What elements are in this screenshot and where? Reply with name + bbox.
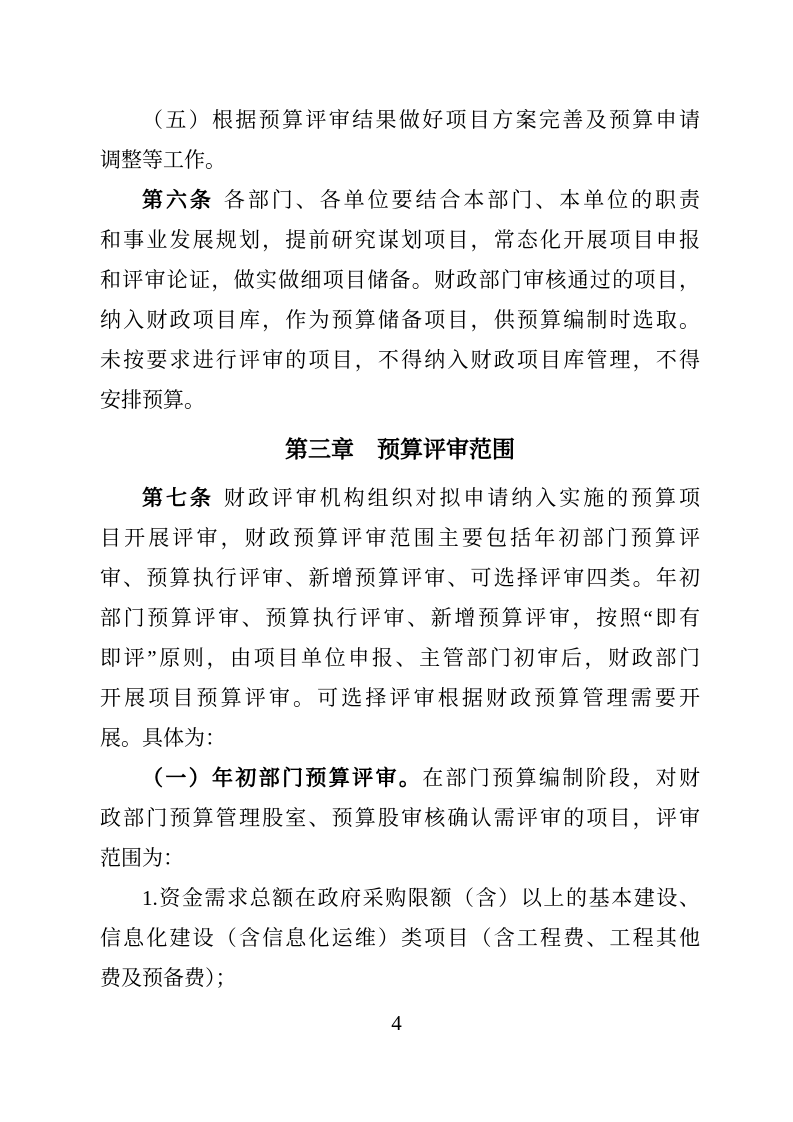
text-line: 未按要求进行评审的项目，不得纳入财政项目库管理，不得 — [100, 340, 700, 380]
page-number: 4 — [0, 1008, 793, 1038]
paragraph-text: 未按要求进行评审的项目，不得纳入财政项目库管理，不得 — [100, 348, 700, 372]
paragraph-text: 和事业发展规划，提前研究谋划项目，常态化开展项目申报 — [100, 228, 700, 252]
page-number-text: 4 — [391, 1011, 402, 1035]
text-line: （五）根据预算评审结果做好项目方案完善及预算申请 — [100, 100, 700, 140]
paragraph-text: 即评”原则，由项目单位申报、主管部门初审后，财政部门 — [100, 646, 700, 670]
text-line: 安排预算。 — [100, 380, 700, 420]
article-label: 第六条 — [142, 189, 214, 212]
text-line: 第六条各部门、各单位要结合本部门、本单位的职责 — [100, 180, 700, 220]
paragraph-text: 目开展评审，财政预算评审范围主要包括年初部门预算评 — [100, 526, 700, 550]
paragraph-text: 安排预算。 — [100, 388, 205, 412]
document-page: （五）根据预算评审结果做好项目方案完善及预算申请 调整等工作。 第六条各部门、各… — [0, 0, 793, 1122]
text-line: 即评”原则，由项目单位申报、主管部门初审后，财政部门 — [100, 638, 700, 678]
paragraph-text: 展。具体为： — [100, 726, 226, 750]
paragraph-text: 审、预算执行评审、新增预算评审、可选择评审四类。年初 — [100, 566, 700, 590]
paragraph-text: 和评审论证，做实做细项目储备。财政部门审核通过的项目， — [100, 268, 700, 292]
paragraph-text: 费及预备费）； — [100, 966, 237, 990]
article-label: 第七条 — [142, 487, 214, 510]
chapter-heading-text: 第三章 预算评审范围 — [285, 436, 515, 462]
paragraph-text: 在部门预算编制阶段，对财 — [422, 766, 700, 790]
paragraph-text: 范围为： — [100, 846, 184, 870]
paragraph-text: （五）根据预算评审结果做好项目方案完善及预算申请 — [142, 108, 700, 132]
text-line: 目开展评审，财政预算评审范围主要包括年初部门预算评 — [100, 518, 700, 558]
paragraph-text: 政部门预算管理股室、预算股审核确认需评审的项目，评审 — [100, 806, 700, 830]
paragraph-text: 开展项目预算评审。可选择评审根据财政预算管理需要开 — [100, 686, 700, 710]
text-line: 第七条财政评审机构组织对拟申请纳入实施的预算项 — [100, 478, 700, 518]
paragraph-text: 各部门、各单位要结合本部门、本单位的职责 — [224, 188, 700, 212]
chapter-heading: 第三章 预算评审范围 — [100, 420, 700, 478]
text-line: 费及预备费）； — [100, 958, 700, 998]
text-line: 和评审论证，做实做细项目储备。财政部门审核通过的项目， — [100, 260, 700, 300]
text-line: 部门预算评审、预算执行评审、新增预算评审，按照“即有 — [100, 598, 700, 638]
text-line: 审、预算执行评审、新增预算评审、可选择评审四类。年初 — [100, 558, 700, 598]
text-line: 纳入财政项目库，作为预算储备项目，供预算编制时选取。 — [100, 300, 700, 340]
text-line: 信息化建设（含信息化运维）类项目（含工程费、工程其他 — [100, 918, 700, 958]
paragraph-text: 1.资金需求总额在政府采购限额（含）以上的基本建设、 — [142, 886, 700, 910]
text-line: 调整等工作。 — [100, 140, 700, 180]
paragraph-text: 财政评审机构组织对拟申请纳入实施的预算项 — [224, 486, 700, 510]
text-line: 和事业发展规划，提前研究谋划项目，常态化开展项目申报 — [100, 220, 700, 260]
text-line: 展。具体为： — [100, 718, 700, 758]
text-line: 开展项目预算评审。可选择评审根据财政预算管理需要开 — [100, 678, 700, 718]
paragraph-text: 纳入财政项目库，作为预算储备项目，供预算编制时选取。 — [100, 308, 700, 332]
paragraph-text: 调整等工作。 — [100, 148, 226, 172]
text-line: （一）年初部门预算评审。在部门预算编制阶段，对财 — [100, 758, 700, 798]
paragraph-text: 部门预算评审、预算执行评审、新增预算评审，按照“即有 — [100, 606, 700, 630]
document-body: （五）根据预算评审结果做好项目方案完善及预算申请 调整等工作。 第六条各部门、各… — [100, 100, 700, 998]
text-line: 政部门预算管理股室、预算股审核确认需评审的项目，评审 — [100, 798, 700, 838]
text-line: 范围为： — [100, 838, 700, 878]
paragraph-text: 信息化建设（含信息化运维）类项目（含工程费、工程其他 — [100, 926, 700, 950]
item-label: （一）年初部门预算评审。 — [142, 767, 422, 790]
text-line: 1.资金需求总额在政府采购限额（含）以上的基本建设、 — [100, 878, 700, 918]
